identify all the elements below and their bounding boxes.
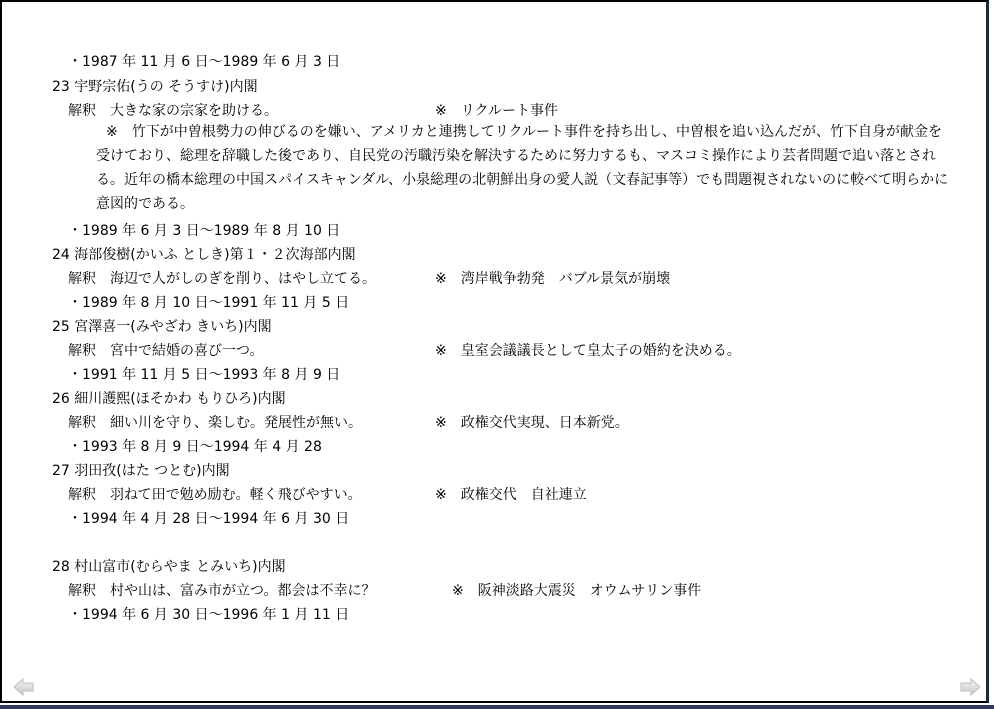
event-25: ※ 皇室会議議長として皇太子の婚約を決める。 (435, 343, 741, 359)
commentary-23: ※ 竹下が中曽根勢力の伸びるのを嫌い、アメリカと連携してリクルート事件を持ち出し… (96, 120, 952, 216)
event-28: ※ 阪神淡路大震災 オウムサリン事件 (452, 583, 701, 599)
event-27: ※ 政権交代 自社連立 (435, 487, 587, 503)
right-arrow-icon (959, 677, 981, 697)
event-24: ※ 湾岸戦争勃発 バブル景気が崩壊 (435, 271, 670, 287)
event-23: ※ リクルート事件 (435, 103, 558, 119)
term-dates-27: ・1994 年 4 月 28 日～1994 年 6 月 30 日 (68, 511, 349, 527)
term-dates-25: ・1991 年 11 月 5 日～1993 年 8 月 9 日 (68, 367, 340, 383)
interpretation-26: 解釈 細い川を守り、楽しむ。発展性が無い。 (68, 415, 362, 431)
cabinet-heading-25: 25 宮澤喜一(みやざわ きいち)内閣 (52, 319, 272, 335)
term-dates-24: ・1989 年 8 月 10 日～1991 年 11 月 5 日 (68, 295, 349, 311)
term-dates-23: ・1989 年 6 月 3 日～1989 年 8 月 10 日 (68, 223, 340, 239)
cabinet-heading-28: 28 村山富市(むらやま とみいち)内閣 (52, 559, 286, 575)
window-bottom-edge (0, 705, 994, 709)
term-dates-22: ・1987 年 11 月 6 日～1989 年 6 月 3 日 (68, 54, 340, 70)
term-dates-26: ・1993 年 8 月 9 日～1994 年 4 月 28 (68, 439, 322, 455)
term-dates-28: ・1994 年 6 月 30 日～1996 年 1 月 11 日 (68, 607, 349, 623)
interpretation-23: 解釈 大きな家の宗家を助ける。 (68, 103, 278, 119)
cabinet-heading-23: 23 宇野宗佑(うの そうすけ)内閣 (52, 79, 258, 95)
next-page-button[interactable] (959, 677, 981, 697)
interpretation-28: 解釈 村や山は、富み市が立つ。都会は不幸に？ (68, 583, 375, 599)
left-arrow-icon (13, 677, 35, 697)
cabinet-heading-24: 24 海部俊樹(かいふ としき)第１・２次海部内閣 (52, 247, 356, 263)
cabinet-heading-27: 27 羽田孜(はた つとむ)内閣 (52, 463, 230, 479)
cabinet-heading-26: 26 細川護熙(ほそかわ もりひろ)内閣 (52, 391, 286, 407)
interpretation-24: 解釈 海辺で人がしのぎを削り、はやし立てる。 (68, 271, 376, 287)
event-26: ※ 政権交代実現、日本新党。 (435, 415, 629, 431)
interpretation-25: 解釈 宮中で結婚の喜び一つ。 (68, 343, 263, 359)
previous-page-button[interactable] (13, 677, 35, 697)
interpretation-27: 解釈 羽ねて田で勉め励む。軽く飛びやすい。 (68, 487, 362, 503)
